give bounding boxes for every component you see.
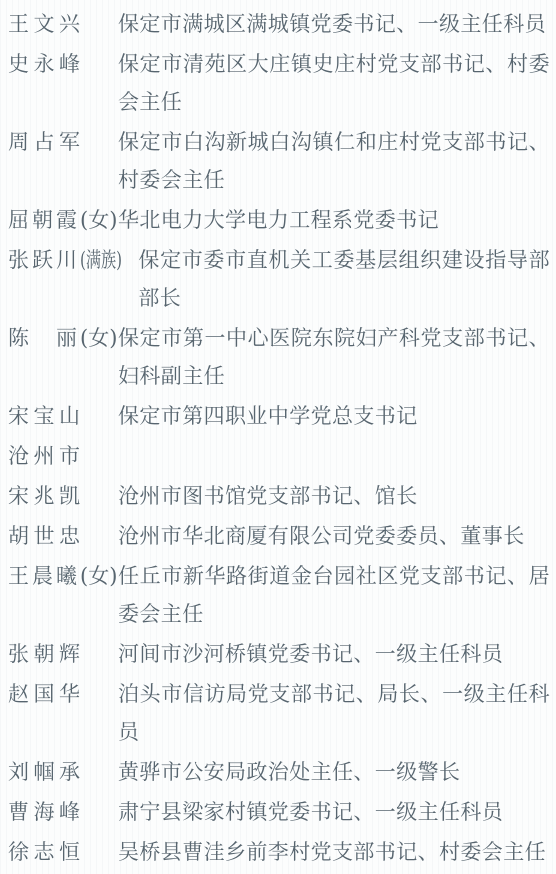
entry-name: 屈朝霞(女)	[8, 201, 118, 239]
person-name-suffix: (女)	[80, 326, 117, 350]
entry-name: 王文兴	[8, 5, 118, 43]
person-name: 赵国华	[8, 682, 85, 706]
entry-row: 史永峰 保定市清苑区大庄镇史庄村党支部书记、村委会主任	[8, 45, 550, 121]
entry-description: 河间市沙河桥镇党委书记、一级主任科员	[118, 635, 550, 673]
entry-row: 徐志恒 吴桥县曹洼乡前李村党支部书记、村委会主任	[8, 833, 550, 871]
entry-row: 曹海峰 肃宁县梁家村镇党委书记、一级主任科员	[8, 793, 550, 831]
entry-description: 黄骅市公安局政治处主任、一级警长	[118, 753, 550, 791]
entry-description: 保定市第四职业中学党总支书记	[118, 397, 550, 435]
person-name: 陈 丽	[8, 326, 80, 350]
entry-name: 张朝辉	[8, 635, 118, 673]
entry-description: 沧州市华北商厦有限公司党委委员、董事长	[118, 517, 550, 555]
person-name: 宋兆凯	[8, 484, 85, 508]
entry-row: 赵国华 泊头市信访局党支部书记、局长、一级主任科员	[8, 675, 550, 751]
entry-name: 宋宝山	[8, 397, 118, 435]
entry-row: 陈 丽(女) 保定市第一中心医院东院妇产科党支部书记、妇科副主任	[8, 319, 550, 395]
entry-description: 吴桥县曹洼乡前李村党支部书记、村委会主任	[118, 833, 550, 871]
entry-name: 王晨曦(女)	[8, 557, 118, 595]
entry-description: 任丘市新华路街道金台园社区党支部书记、居委会主任	[118, 557, 550, 633]
entry-description: 保定市清苑区大庄镇史庄村党支部书记、村委会主任	[118, 45, 550, 121]
entry-row: 王晨曦(女) 任丘市新华路街道金台园社区党支部书记、居委会主任	[8, 557, 550, 633]
person-name: 刘帼承	[8, 760, 85, 784]
entry-row: 屈朝霞(女) 华北电力大学电力工程系党委书记	[8, 201, 550, 239]
entry-description: 沧州市图书馆党支部书记、馆长	[118, 477, 550, 515]
entry-description: 肃宁县梁家村镇党委书记、一级主任科员	[118, 793, 550, 831]
entry-name: 史永峰	[8, 45, 118, 83]
person-name-suffix: (满族)	[80, 241, 122, 279]
person-name: 王文兴	[8, 12, 85, 36]
entry-name: 曹海峰	[8, 793, 118, 831]
entry-description: 保定市白沟新城白沟镇仁和庄村党支部书记、村委会主任	[118, 123, 550, 199]
entry-row: 张朝辉 河间市沙河桥镇党委书记、一级主任科员	[8, 635, 550, 673]
entry-name: 徐志恒	[8, 833, 118, 871]
entry-name: 张跃川(满族)	[8, 241, 138, 279]
person-name-suffix: (女)	[80, 208, 117, 232]
entry-name: 刘帼承	[8, 753, 118, 791]
entry-row: 王文兴 保定市满城区满城镇党委书记、一级主任科员	[8, 5, 550, 43]
entry-row: 宋宝山 保定市第四职业中学党总支书记	[8, 397, 550, 435]
entry-description: 保定市委市直机关工委基层组织建设指导部部长	[138, 241, 550, 317]
section-header: 沧州市	[8, 437, 550, 475]
entry-description: 华北电力大学电力工程系党委书记	[118, 201, 550, 239]
entry-name: 陈 丽(女)	[8, 319, 118, 357]
entry-row: 宋兆凯 沧州市图书馆党支部书记、馆长	[8, 477, 550, 515]
person-name: 胡世忠	[8, 524, 85, 548]
entry-name: 赵国华	[8, 675, 118, 713]
entry-description: 保定市满城区满城镇党委书记、一级主任科员	[118, 5, 550, 43]
person-name: 张跃川	[8, 248, 80, 272]
person-name: 史永峰	[8, 52, 85, 76]
entry-name: 周占军	[8, 123, 118, 161]
person-name: 王晨曦	[8, 564, 80, 588]
entry-row: 周占军 保定市白沟新城白沟镇仁和庄村党支部书记、村委会主任	[8, 123, 550, 199]
person-name: 徐志恒	[8, 840, 85, 864]
scanned-document-page: 王文兴 保定市满城区满城镇党委书记、一级主任科员 史永峰 保定市清苑区大庄镇史庄…	[0, 0, 556, 874]
entry-row: 胡世忠 沧州市华北商厦有限公司党委委员、董事长	[8, 517, 550, 555]
entry-name: 宋兆凯	[8, 477, 118, 515]
entry-description: 泊头市信访局党支部书记、局长、一级主任科员	[118, 675, 550, 751]
person-name: 宋宝山	[8, 404, 85, 428]
document-body: 王文兴 保定市满城区满城镇党委书记、一级主任科员 史永峰 保定市清苑区大庄镇史庄…	[8, 5, 550, 871]
entry-description: 保定市第一中心医院东院妇产科党支部书记、妇科副主任	[118, 319, 550, 395]
person-name: 周占军	[8, 130, 85, 154]
entry-row: 张跃川(满族) 保定市委市直机关工委基层组织建设指导部部长	[8, 241, 550, 317]
entry-row: 刘帼承 黄骅市公安局政治处主任、一级警长	[8, 753, 550, 791]
person-name: 屈朝霞	[8, 208, 80, 232]
entry-name: 胡世忠	[8, 517, 118, 555]
person-name: 曹海峰	[8, 800, 85, 824]
person-name: 张朝辉	[8, 642, 85, 666]
person-name-suffix: (女)	[80, 564, 117, 588]
